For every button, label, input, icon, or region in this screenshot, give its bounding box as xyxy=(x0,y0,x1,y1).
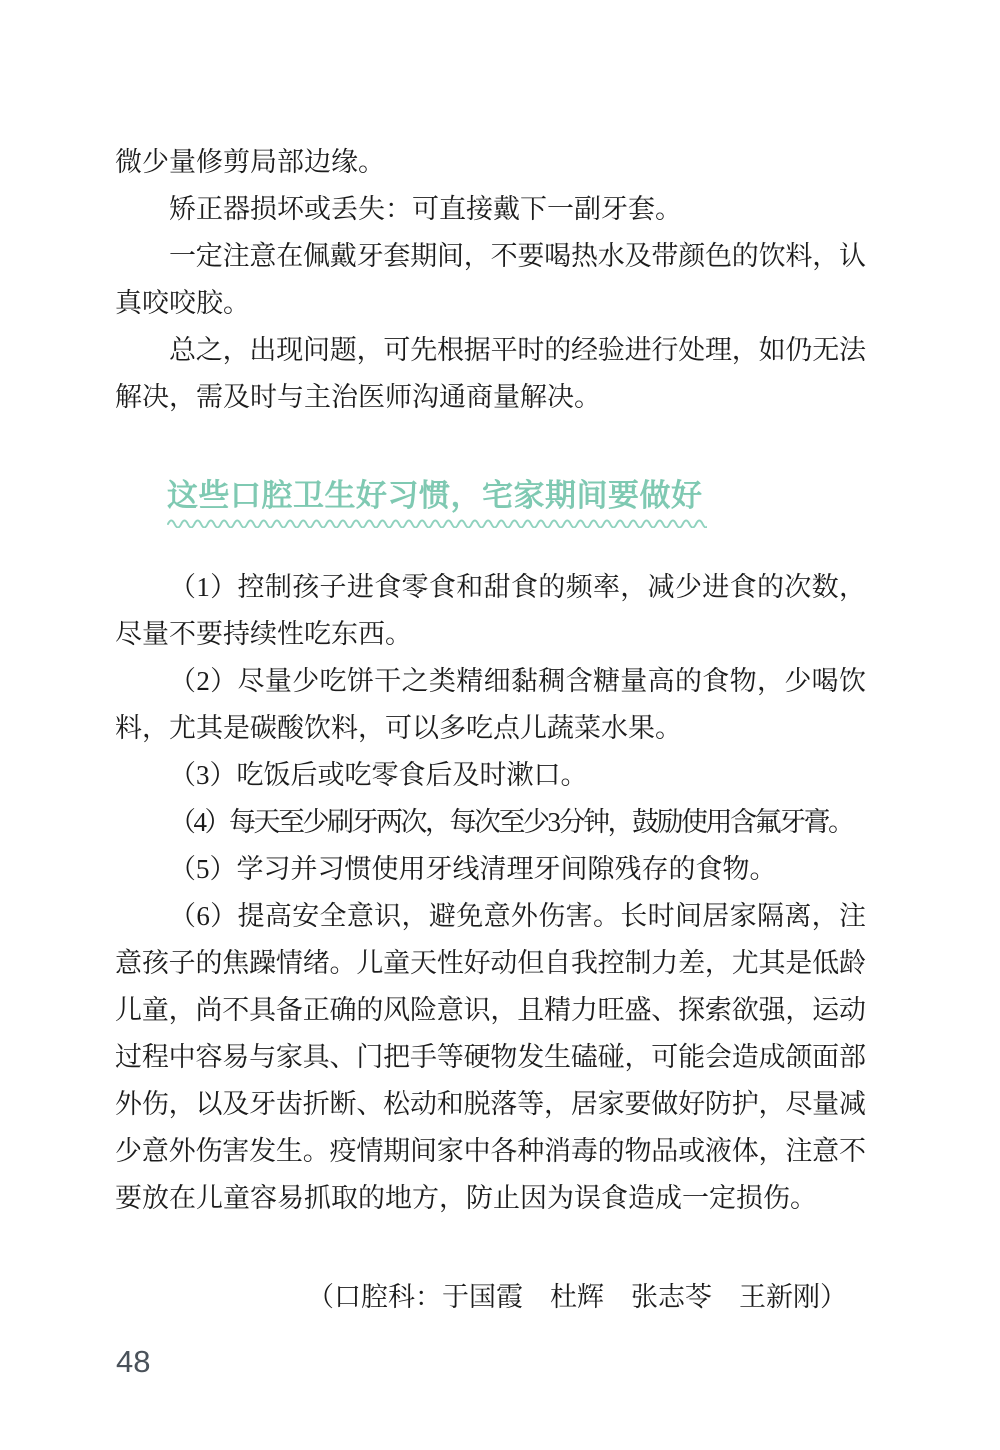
document-page: 微少量修剪局部边缘。 矫正器损坏或丢失：可直接戴下一副牙套。 一定注意在佩戴牙套… xyxy=(0,0,1000,1450)
text-line: 微少量修剪局部边缘。 xyxy=(115,139,865,186)
page-content: 微少量修剪局部边缘。 矫正器损坏或丢失：可直接戴下一副牙套。 一定注意在佩戴牙套… xyxy=(0,0,1000,1321)
list-item: （1）控制孩子进食零食和甜食的频率，减少进食的次数， 尽量不要持续性吃东西。 xyxy=(115,564,865,658)
heading-underline-path xyxy=(168,521,707,528)
text-line: 一定注意在佩戴牙套期间，不要喝热水及带颜色的饮料，认 xyxy=(115,233,865,280)
list-item: （6）提高安全意识，避免意外伤害。长时间居家隔离，注 意孩子的焦躁情绪。儿童天性… xyxy=(115,893,865,1222)
text-line: 过程中容易与家具、门把手等硬物发生磕碰，可能会造成颌面部 xyxy=(115,1034,865,1081)
attribution-line: （口腔科：于国霞 杜辉 张志苓 王新刚） xyxy=(115,1274,865,1321)
list-item: （3）吃饭后或吃零食后及时漱口。 xyxy=(115,752,865,799)
page-number: 48 xyxy=(116,1344,150,1380)
heading-underline-wave xyxy=(167,516,707,528)
list-item: （2）尽量少吃饼干之类精细黏稠含糖量高的食物，少喝饮 料，尤其是碳酸饮料，可以多… xyxy=(115,658,865,752)
text-line: 矫正器损坏或丢失：可直接戴下一副牙套。 xyxy=(115,186,865,233)
text-line: 意孩子的焦躁情绪。儿童天性好动但自我控制力差，尤其是低龄 xyxy=(115,940,865,987)
text-line: 解决，需及时与主治医师沟通商量解决。 xyxy=(115,374,865,421)
text-line: 尽量不要持续性吃东西。 xyxy=(115,611,865,658)
text-line: （3）吃饭后或吃零食后及时漱口。 xyxy=(115,752,865,799)
text-line: 总之，出现问题，可先根据平时的经验进行处理，如仍无法 xyxy=(115,327,865,374)
paragraph: 微少量修剪局部边缘。 xyxy=(115,139,865,186)
paragraph: 总之，出现问题，可先根据平时的经验进行处理，如仍无法 解决，需及时与主治医师沟通… xyxy=(115,327,865,421)
text-line: （1）控制孩子进食零食和甜食的频率，减少进食的次数， xyxy=(115,564,865,611)
paragraph: 矫正器损坏或丢失：可直接戴下一副牙套。 xyxy=(115,186,865,233)
list-item: （5）学习并习惯使用牙线清理牙间隙残存的食物。 xyxy=(115,846,865,893)
text-line: 少意外伤害发生。疫情期间家中各种消毒的物品或液体，注意不 xyxy=(115,1128,865,1175)
paragraph: 一定注意在佩戴牙套期间，不要喝热水及带颜色的饮料，认 真咬咬胶。 xyxy=(115,233,865,327)
text-line: （4）每天至少刷牙两次，每次至少3分钟，鼓励使用含氟牙膏。 xyxy=(115,799,865,846)
section-heading-block: 这些口腔卫生好习惯，宅家期间要做好 xyxy=(115,478,865,528)
list-item: （4）每天至少刷牙两次，每次至少3分钟，鼓励使用含氟牙膏。 xyxy=(115,799,865,846)
text-line: 要放在儿童容易抓取的地方，防止因为误食造成一定损伤。 xyxy=(115,1175,865,1222)
text-line: 真咬咬胶。 xyxy=(115,280,865,327)
text-line: 料，尤其是碳酸饮料，可以多吃点儿蔬菜水果。 xyxy=(115,705,865,752)
section-heading: 这些口腔卫生好习惯，宅家期间要做好 xyxy=(167,478,865,514)
text-line: 外伤，以及牙齿折断、松动和脱落等，居家要做好防护，尽量减 xyxy=(115,1081,865,1128)
text-line: （2）尽量少吃饼干之类精细黏稠含糖量高的食物，少喝饮 xyxy=(115,658,865,705)
text-line: （5）学习并习惯使用牙线清理牙间隙残存的食物。 xyxy=(115,846,865,893)
text-line: 儿童，尚不具备正确的风险意识，且精力旺盛、探索欲强，运动 xyxy=(115,987,865,1034)
text-line: （6）提高安全意识，避免意外伤害。长时间居家隔离，注 xyxy=(115,893,865,940)
